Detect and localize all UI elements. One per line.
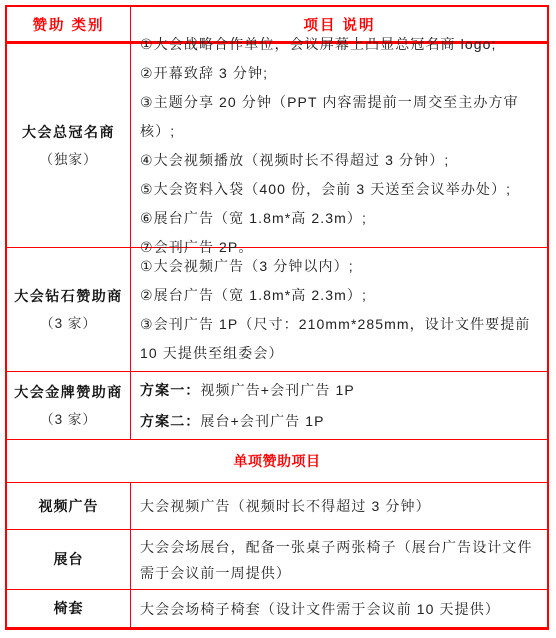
benefit-item: ⑤大会资料入袋（400 份，会前 3 天送至会议举办处）; <box>140 175 539 204</box>
plan-option: 方案二：展台+会刊广告 1P <box>140 406 539 437</box>
benefit-item: ③主题分享 20 分钟（PPT 内容需提前一周交至主办方审核）; <box>140 88 539 146</box>
category-cell: 视频广告 <box>7 483 131 529</box>
table-row-gold-sponsor: 大会金牌赞助商 （3 家） 方案一：视频广告+会刊广告 1P 方案二：展台+会刊… <box>7 372 547 440</box>
benefit-item: ⑥展台广告（宽 1.8m*高 2.3m）; <box>140 204 539 233</box>
plan-option: 方案一：视频广告+会刊广告 1P <box>140 375 539 406</box>
description-cell: 大会视频广告（视频时长不得超过 3 分钟） <box>131 483 547 529</box>
category-name: 大会总冠名商 <box>22 119 115 146</box>
benefit-item: ②开幕致辞 3 分钟; <box>140 59 539 88</box>
table-row-chair-cover: 椅套 大会会场椅子椅套（设计文件需于会议前 10 天提供） <box>7 590 547 627</box>
category-name: 大会金牌赞助商 <box>14 379 123 406</box>
category-name: 椅套 <box>54 595 84 622</box>
description-cell: 方案一：视频广告+会刊广告 1P 方案二：展台+会刊广告 1P <box>131 372 547 439</box>
category-cell: 展台 <box>7 530 131 589</box>
category-cell: 大会钻石赞助商 （3 家） <box>7 248 131 371</box>
sponsorship-table: 赞助 类别 项目 说明 大会总冠名商 （独家） ①大会战略合作单位，会议屏幕上凸… <box>5 5 549 630</box>
header-category-label: 赞助 类别 <box>32 14 104 35</box>
benefit-item: ①大会视频广告（3 分钟以内）; <box>140 252 539 281</box>
header-cell-category: 赞助 类别 <box>7 7 131 41</box>
description-text: 大会会场椅子椅套（设计文件需于会议前 10 天提供） <box>140 596 539 622</box>
section-header-row: 单项赞助项目 <box>7 440 547 483</box>
category-cell: 大会总冠名商 （独家） <box>7 44 131 247</box>
category-subtitle: （独家） <box>40 146 98 173</box>
plan-text: 视频广告+会刊广告 1P <box>200 382 354 398</box>
category-name: 视频广告 <box>39 493 99 520</box>
description-cell: ①大会战略合作单位，会议屏幕上凸显总冠名商 logo; ②开幕致辞 3 分钟; … <box>131 44 547 247</box>
category-name: 展台 <box>54 546 84 573</box>
description-cell: 大会会场展台，配备一张桌子两张椅子（展台广告设计文件需于会议前一周提供） <box>131 530 547 589</box>
plan-label: 方案一： <box>140 382 200 398</box>
table-row-diamond-sponsor: 大会钻石赞助商 （3 家） ①大会视频广告（3 分钟以内）; ②展台广告（宽 1… <box>7 248 547 372</box>
description-cell: ①大会视频广告（3 分钟以内）; ②展台广告（宽 1.8m*高 2.3m）; ③… <box>131 248 547 371</box>
table-row-title-sponsor: 大会总冠名商 （独家） ①大会战略合作单位，会议屏幕上凸显总冠名商 logo; … <box>7 44 547 248</box>
category-cell: 大会金牌赞助商 （3 家） <box>7 372 131 439</box>
category-name: 大会钻石赞助商 <box>14 283 123 310</box>
benefit-item: ①大会战略合作单位，会议屏幕上凸显总冠名商 logo; <box>140 30 539 59</box>
section-header-title: 单项赞助项目 <box>234 451 321 471</box>
table-row-booth: 展台 大会会场展台，配备一张桌子两张椅子（展台广告设计文件需于会议前一周提供） <box>7 530 547 590</box>
description-cell: 大会会场椅子椅套（设计文件需于会议前 10 天提供） <box>131 590 547 627</box>
category-cell: 椅套 <box>7 590 131 627</box>
category-subtitle: （3 家） <box>40 310 97 337</box>
plan-label: 方案二： <box>140 413 200 429</box>
benefit-item: ②展台广告（宽 1.8m*高 2.3m）; <box>140 281 539 310</box>
benefit-item: ③会刊广告 1P（尺寸：210mm*285mm，设计文件要提前 10 天提供至组… <box>140 310 539 368</box>
table-row-video-ad: 视频广告 大会视频广告（视频时长不得超过 3 分钟） <box>7 483 547 530</box>
description-text: 大会会场展台，配备一张桌子两张椅子（展台广告设计文件需于会议前一周提供） <box>140 534 539 586</box>
benefit-item: ④大会视频播放（视频时长不得超过 3 分钟）; <box>140 146 539 175</box>
description-text: 大会视频广告（视频时长不得超过 3 分钟） <box>140 493 539 519</box>
plan-text: 展台+会刊广告 1P <box>200 413 324 429</box>
category-subtitle: （3 家） <box>40 406 97 433</box>
